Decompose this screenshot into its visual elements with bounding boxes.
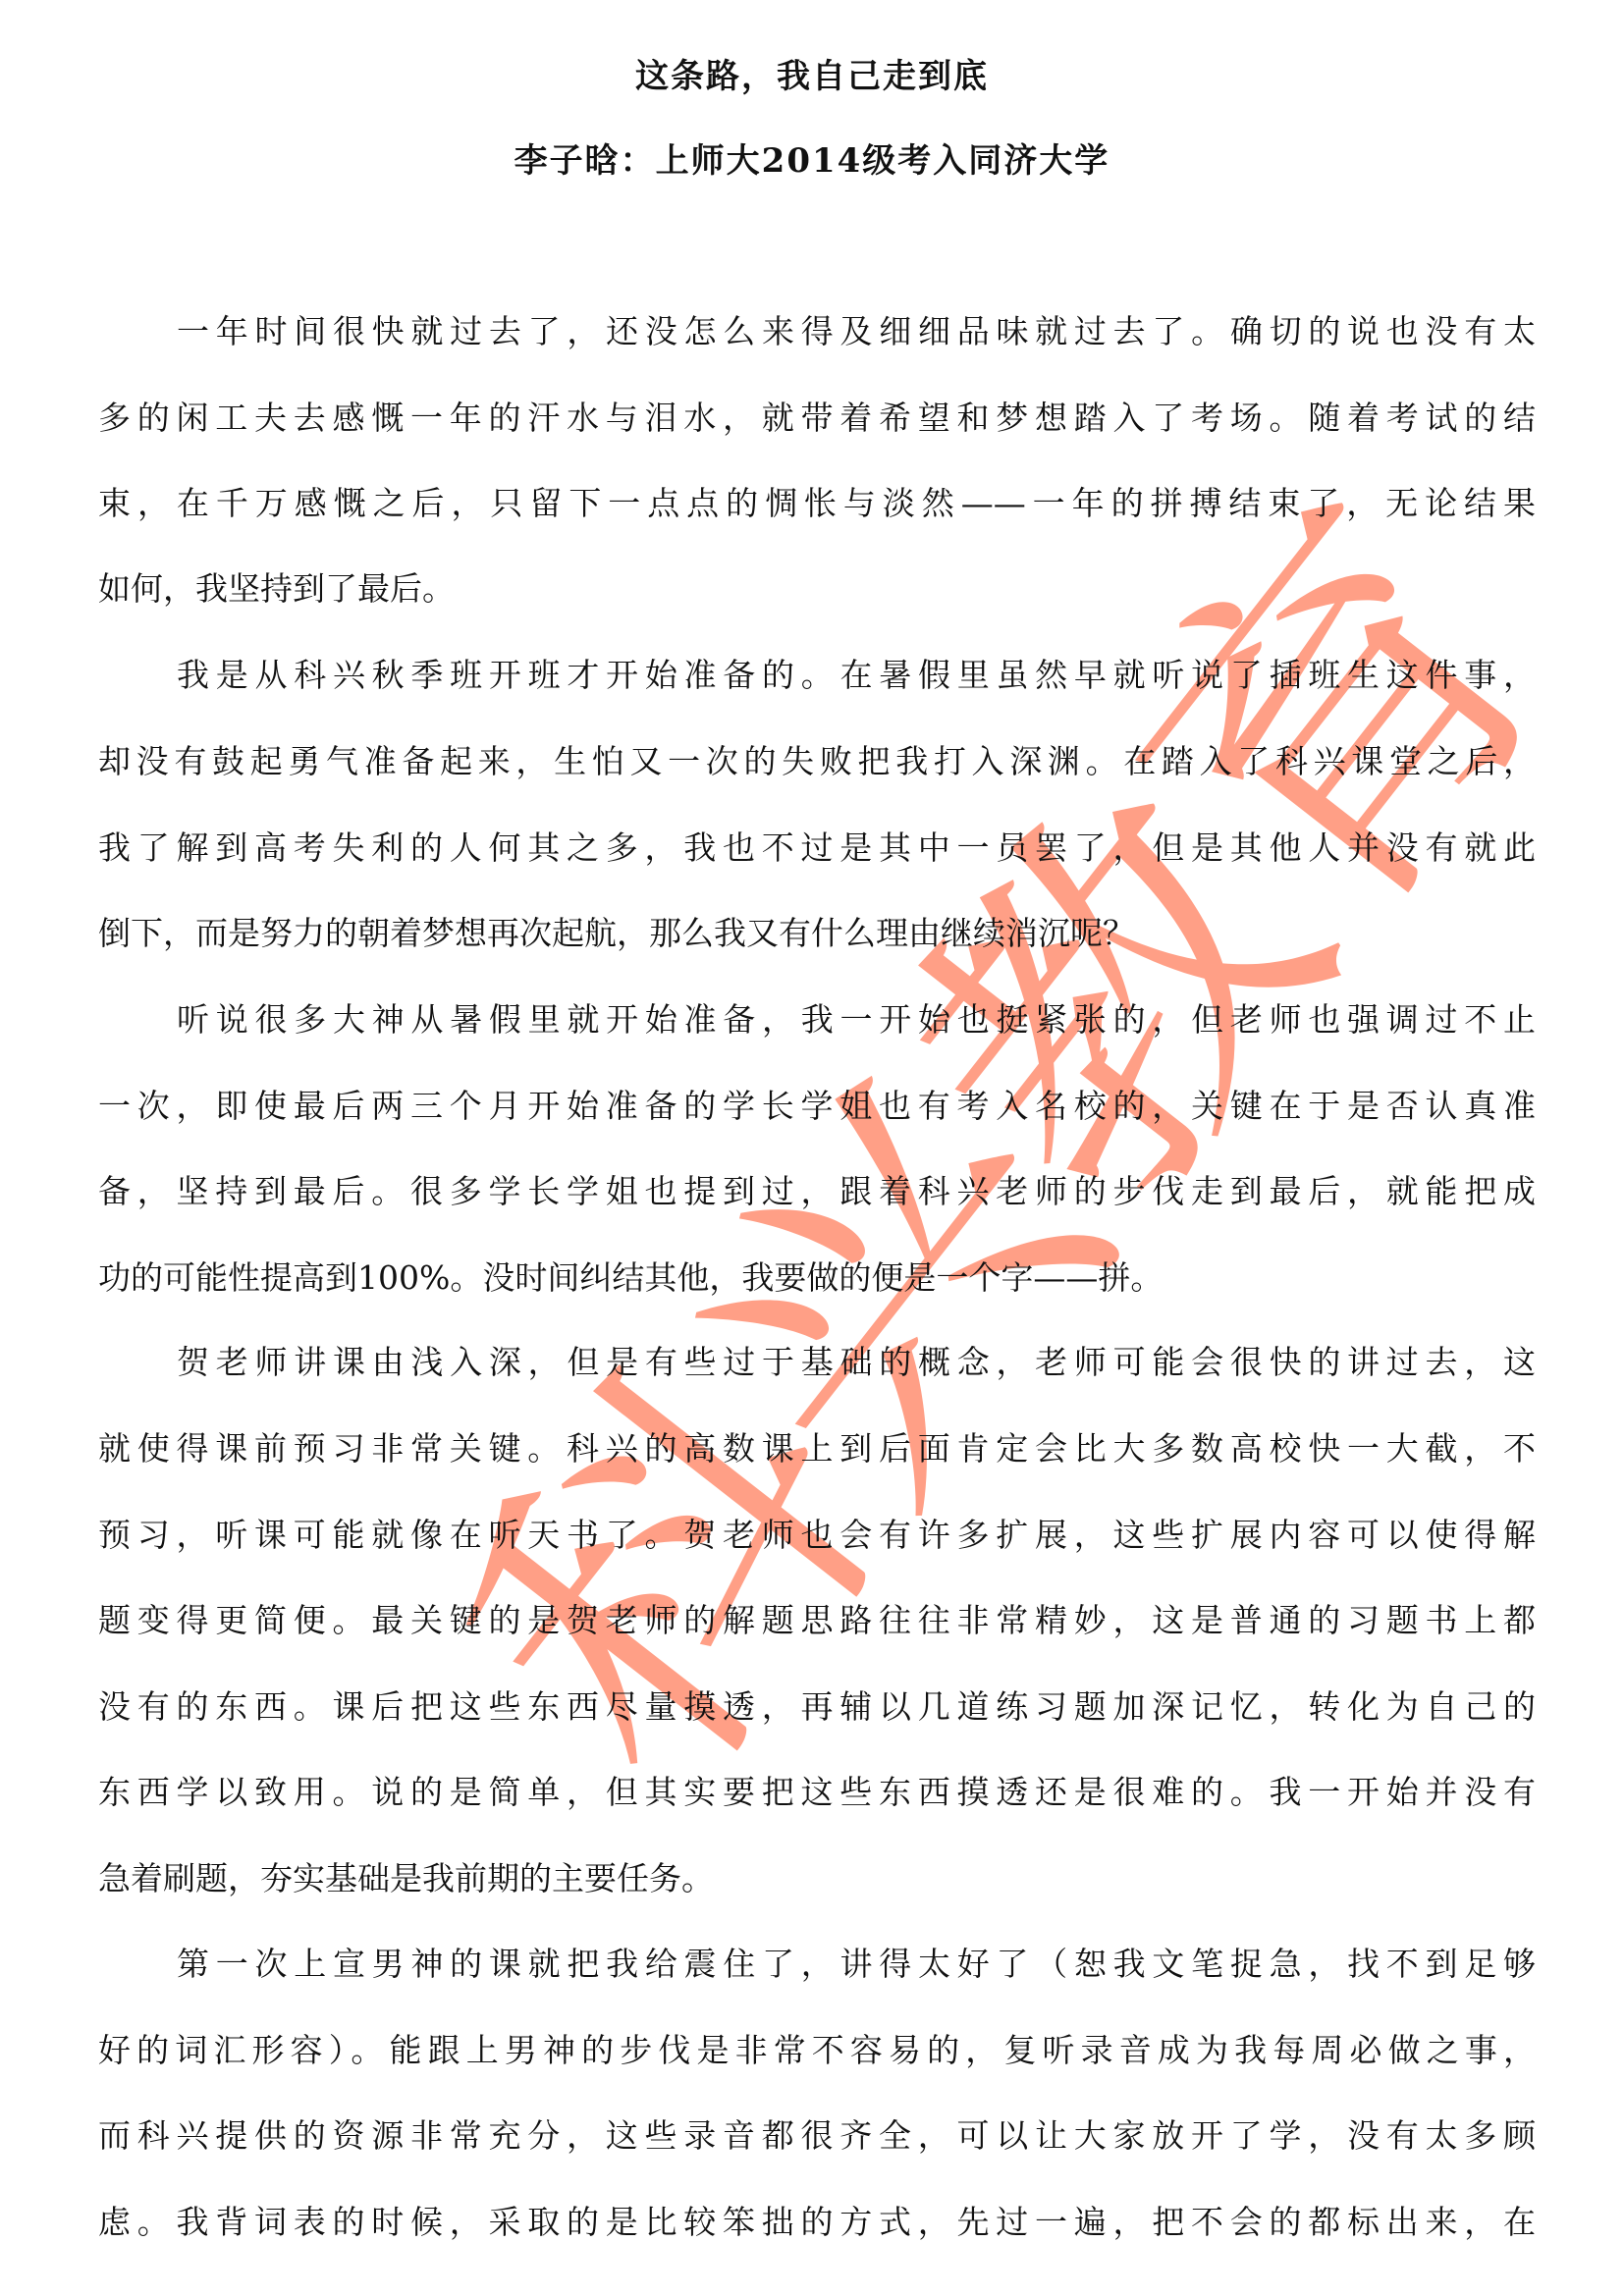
paragraph-line: 束，在千万感慨之后，只留下一点点的惆怅与淡然——一年的拼搏结束了，无论结果 — [98, 484, 1536, 523]
paragraph-line: 我了解到高考失利的人何其之多，我也不过是其中一员罢了，但是其他人并没有就此 — [98, 828, 1536, 868]
paragraph-line: 备，坚持到最后。很多学长学姐也提到过，跟着科兴老师的步伐走到最后，就能把成 — [98, 1172, 1536, 1211]
paragraph-line: 没有的东西。课后把这些东西尽量摸透，再辅以几道练习题加深记忆，转化为自己的 — [98, 1687, 1536, 1727]
paragraph-line: 如何，我坚持到了最后。 — [98, 569, 1536, 609]
document-page: 科兴教育 这条路，我自己走到底 李子晗：上师大2014级考入同济大学 一年时间很… — [0, 0, 1624, 2296]
document-title: 这条路，我自己走到底 — [0, 57, 1624, 96]
paragraph-line: 一年时间很快就过去了，还没怎么来得及细细品味就过去了。确切的说也没有太 — [177, 312, 1536, 351]
paragraph-line: 却没有鼓起勇气准备起来，生怕又一次的失败把我打入深渊。在踏入了科兴课堂之后， — [98, 742, 1536, 781]
paragraph-line: 而科兴提供的资源非常充分，这些录音都很齐全，可以让大家放开了学，没有太多顾 — [98, 2116, 1536, 2156]
paragraph-line: 预习，听课可能就像在听天书了。贺老师也会有许多扩展，这些扩展内容可以使得解 — [98, 1516, 1536, 1555]
paragraph-line: 急着刷题，夯实基础是我前期的主要任务。 — [98, 1859, 1536, 1898]
paragraph-line: 题变得更简便。最关键的是贺老师的解题思路往往非常精妙，这是普通的习题书上都 — [98, 1601, 1536, 1640]
paragraph-line: 我是从科兴秋季班开班才开始准备的。在暑假里虽然早就听说了插班生这件事， — [177, 656, 1536, 695]
paragraph-line: 多的闲工夫去感慨一年的汗水与泪水，就带着希望和梦想踏入了考场。随着考试的结 — [98, 399, 1536, 438]
paragraph-line: 就使得课前预习非常关键。科兴的高数课上到后面肯定会比大多数高校快一大截，不 — [98, 1429, 1536, 1468]
paragraph-line: 贺老师讲课由浅入深，但是有些过于基础的概念，老师可能会很快的讲过去，这 — [177, 1343, 1536, 1382]
paragraph-line: 功的可能性提高到100%。没时间纠结其他，我要做的便是一个字——拼。 — [98, 1258, 1536, 1298]
paragraph-line: 一次，即使最后两三个月开始准备的学长学姐也有考入名校的，关键在于是否认真准 — [98, 1087, 1536, 1126]
watermark-text: 科兴教育 — [323, 392, 1624, 1866]
paragraph-line: 第一次上宣男神的课就把我给震住了，讲得太好了（恕我文笔捉急，找不到足够 — [177, 1945, 1536, 1984]
paragraph-line: 好的词汇形容）。能跟上男神的步伐是非常不容易的，复听录音成为我每周必做之事， — [98, 2031, 1536, 2070]
paragraph-line: 东西学以致用。说的是简单，但其实要把这些东西摸透还是很难的。我一开始并没有 — [98, 1773, 1536, 1812]
paragraph-line: 倒下，而是努力的朝着梦想再次起航，那么我又有什么理由继续消沉呢？ — [98, 914, 1536, 953]
paragraph-line: 虑。我背词表的时候，采取的是比较笨拙的方式，先过一遍，把不会的都标出来，在 — [98, 2203, 1536, 2242]
document-subtitle: 李子晗：上师大2014级考入同济大学 — [0, 141, 1624, 181]
paragraph-line: 听说很多大神从暑假里就开始准备，我一开始也挺紧张的，但老师也强调过不止 — [177, 1000, 1536, 1040]
